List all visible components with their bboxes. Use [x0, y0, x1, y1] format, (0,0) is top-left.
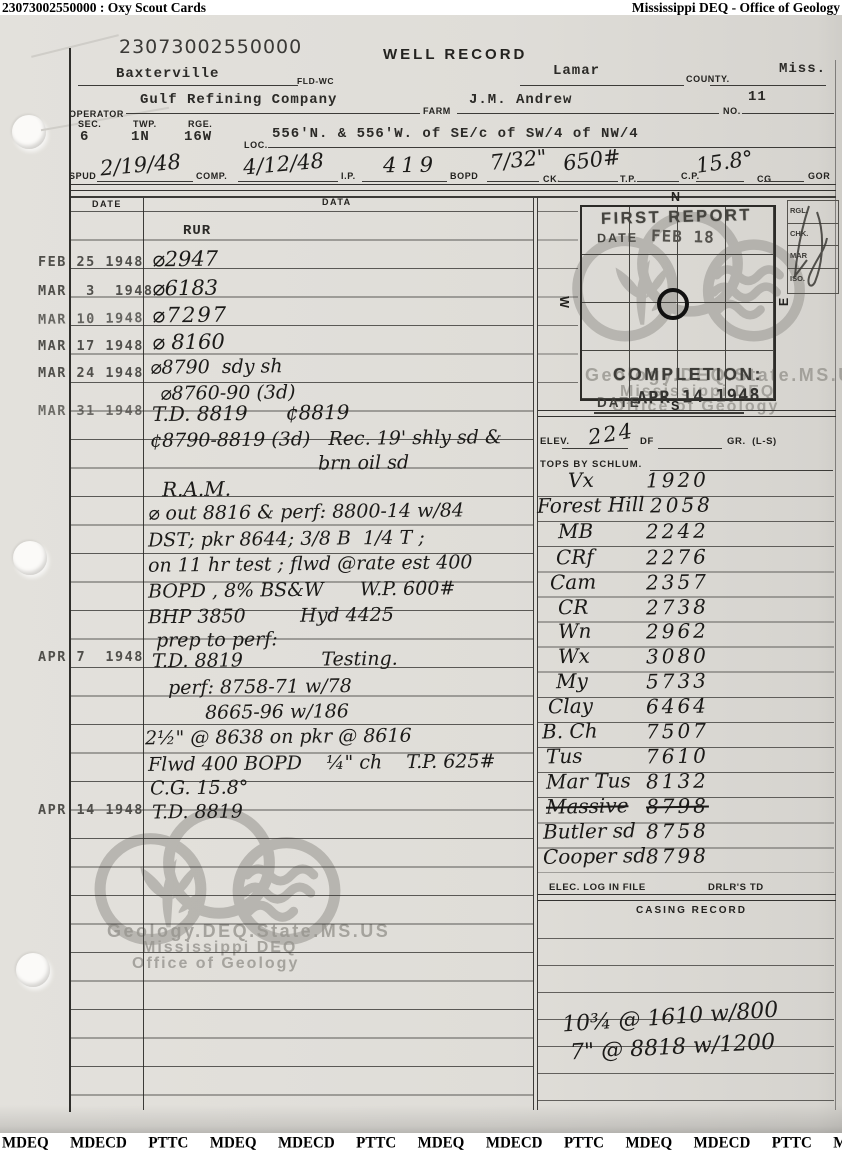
top-name: Vx — [568, 468, 594, 492]
log-date-stamp: MAR 10 1948 — [38, 310, 144, 328]
log-line: BOPD , 8% BS&W W.P. 600# — [148, 577, 456, 602]
top-depth: 2276 — [646, 544, 709, 569]
top-name: Tus — [546, 744, 583, 769]
first-report-date-label: DATE — [597, 231, 638, 246]
top-name: Wn — [558, 619, 592, 644]
compass-north: N — [671, 190, 680, 204]
top-depth: 6464 — [646, 693, 709, 718]
top-depth: 2058 — [650, 492, 713, 517]
viewer-footer: MDEQ MDECD PTTC MDEQ MDECD PTTC MDEQ MDE… — [0, 1133, 842, 1156]
top-name: Forest Hill — [537, 492, 645, 518]
loc-label: LOC. — [244, 140, 268, 150]
operator-underline — [126, 113, 420, 114]
log-line: prep to perf: — [156, 628, 278, 651]
punch-hole — [16, 953, 50, 987]
farm-name: J.M. Andrew — [469, 92, 572, 108]
top-depth: 2738 — [646, 594, 709, 619]
log-date-stamp: MAR 31 1948 — [38, 403, 144, 419]
top-depth: 8132 — [646, 768, 709, 793]
header-double-rule — [69, 184, 836, 191]
log-line: T.D. 8819 ¢8819 — [152, 400, 350, 426]
top-name: Wx — [558, 644, 590, 669]
log-date-stamp: MAR 24 1948 — [38, 365, 144, 381]
log-date-stamp: APR 7 1948 — [38, 649, 144, 665]
first-report-stamp: FIRST REPORT — [601, 206, 752, 229]
log-line: T.D. 8819 Testing. — [152, 648, 398, 673]
viewer-header-right: Mississippi DEQ - Office of Geology — [632, 0, 840, 16]
loc-value: 556'N. & 556'W. of SE/c of SW/4 of NW/4 — [272, 126, 639, 142]
map-margin-ruled-stubs — [538, 211, 578, 411]
fld-wc-label: FLD-WC — [297, 76, 334, 86]
top-depth: 1920 — [646, 467, 709, 492]
spud-label: SPUD — [69, 171, 96, 181]
elec-log-label: ELEC. LOG IN FILE — [549, 882, 646, 893]
well-location-marker — [657, 288, 689, 320]
top-depth: 7610 — [646, 743, 709, 768]
county-name: Lamar — [553, 63, 600, 79]
scanned-well-record-page: 23073002550000 : Oxy Scout Cards Mississ… — [0, 0, 842, 1156]
log-line: ⌀6183 — [152, 276, 218, 301]
top-depth: 8798 — [646, 843, 709, 868]
top-name: Butler sd — [543, 818, 636, 844]
top-depth: 8758 — [646, 818, 709, 843]
viewer-header: 23073002550000 : Oxy Scout Cards Mississ… — [0, 0, 842, 15]
operator-label: OPERATOR — [69, 109, 124, 119]
card-title: WELL RECORD — [383, 46, 527, 63]
log-line: brn oil sd — [318, 452, 409, 475]
table-top-border — [69, 196, 836, 198]
top-depth-struck: 8798 — [646, 793, 709, 818]
punch-hole — [12, 115, 46, 149]
gor-label: GOR — [808, 171, 830, 181]
ip-label: I.P. — [341, 171, 356, 181]
top-name: Mar Tus — [546, 768, 631, 793]
log-line: DST; pkr 8644; 3/8 B 1/4 T ; — [148, 527, 425, 552]
log-line: BHP 3850 Hyd 4425 — [148, 604, 394, 629]
ip-value: 419 — [383, 153, 438, 178]
top-name: My — [556, 669, 588, 694]
top-name: CR — [558, 595, 589, 620]
log-date-stamp: FEB 25 1948 — [38, 254, 144, 270]
top-name: CRf — [556, 545, 594, 570]
top-name: Clay — [548, 694, 593, 719]
well-no-value: 11 — [748, 89, 767, 105]
comp-label: COMP. — [196, 171, 227, 181]
rge-value: 16W — [184, 129, 212, 145]
log-line: ¢8790-8819 (3d) Rec. 19' shly sd & — [150, 426, 502, 452]
operator-name: Gulf Refining Company — [140, 92, 337, 108]
top-name: Cam — [550, 570, 597, 595]
sec-label: SEC. — [78, 119, 101, 129]
log-line: ⌀ 8160 — [152, 330, 225, 355]
comp-underline — [238, 181, 338, 182]
log-line: ⌀ out 8816 & perf: 8800-14 w/84 — [148, 499, 464, 524]
tp-underline — [558, 181, 618, 182]
field-name: Baxterville — [116, 66, 219, 82]
state-name: Miss. — [779, 61, 826, 77]
farm-label: FARM — [423, 106, 451, 116]
data-column-header: DATA — [322, 197, 352, 207]
log-date-stamp: MAR 3 1948 — [38, 283, 154, 299]
completion-stamp: COMPLETION: — [613, 364, 763, 385]
reviewer-signature-scribble — [787, 200, 837, 292]
top-depth: 5733 — [646, 668, 709, 693]
cp-underline — [637, 181, 679, 182]
ck-label: CK. — [543, 174, 560, 184]
top-depth: 2242 — [646, 518, 709, 543]
log-date-stamp: APR 14 1948 — [38, 802, 144, 818]
data-column-divider-a — [533, 196, 534, 1110]
top-name: B. Ch — [542, 719, 598, 744]
rge-label: RGE. — [188, 119, 212, 129]
county-underline — [520, 85, 684, 86]
compass-west: W — [557, 296, 571, 308]
farm-underline — [457, 113, 719, 114]
top-name-struck: Massive — [546, 793, 629, 818]
ip-underline — [362, 181, 447, 182]
county-label: COUNTY. — [686, 74, 730, 84]
log-line: on 11 hr test ; flwd @rate est 400 — [148, 551, 473, 576]
state-underline — [710, 85, 826, 86]
gor-underline — [764, 181, 804, 182]
cg-underline — [696, 181, 744, 182]
log-line: Flwd 400 BOPD ¼" ch T.P. 625# — [148, 750, 496, 776]
top-depth: 2962 — [646, 618, 709, 643]
log-date-stamp: MAR 17 1948 — [38, 338, 144, 354]
drlrs-td-label: DRLR'S TD — [708, 882, 764, 893]
elec-row-double-rule — [538, 894, 836, 901]
log-line: T.D. 8819 — [152, 801, 243, 824]
gr-underline — [658, 448, 722, 449]
api-number: 23073002550000 — [119, 36, 302, 58]
log-line: C.G. 15.8° — [150, 776, 249, 799]
date-column-header: DATE — [92, 199, 122, 209]
rur-note: RUR — [183, 223, 211, 239]
spud-underline — [97, 181, 193, 182]
top-depth: 7507 — [646, 718, 709, 743]
sec-value: 6 — [80, 129, 89, 145]
log-line: perf: 8758-71 w/78 — [168, 675, 352, 699]
top-name: Cooper sd — [543, 843, 646, 869]
viewer-header-left: 23073002550000 : Oxy Scout Cards — [2, 0, 206, 16]
casing-record-header: CASING RECORD — [636, 905, 747, 916]
log-line: ⌀2947 — [152, 247, 218, 272]
field-underline — [78, 85, 298, 86]
viewer-footer-text: MDEQ MDECD PTTC MDEQ MDECD PTTC MDEQ MDE… — [2, 1134, 842, 1152]
cg-label: CG — [757, 174, 772, 184]
log-line: ⌀7297 — [152, 303, 228, 328]
top-name: MB — [558, 519, 594, 544]
first-report-date-stamp: FEB 18 — [651, 226, 715, 247]
elev-label: ELEV. — [540, 436, 570, 447]
ck-underline — [487, 181, 539, 182]
map-section-double-rule — [538, 410, 836, 417]
log-line: R.A.M. — [162, 477, 231, 502]
tp-label: T.P. — [620, 174, 637, 184]
no-underline — [742, 113, 834, 114]
completion-date-stamp: APR 14 1948 — [637, 385, 761, 408]
top-depth: 3080 — [646, 643, 709, 668]
log-line: 2½" @ 8638 on pkr @ 8616 — [145, 725, 412, 750]
log-line: ⌀8790 sdy sh — [150, 355, 283, 378]
compass-east: E — [777, 298, 791, 306]
elev-underline — [562, 448, 628, 449]
punch-hole — [13, 541, 47, 575]
bopd-label: BOPD — [450, 171, 478, 181]
well-no-label: NO. — [723, 106, 741, 116]
twp-value: 1N — [131, 129, 150, 145]
log-line: 8665-96 w/186 — [205, 700, 349, 724]
gr-label: GR. (L-S) — [727, 436, 777, 447]
top-depth: 2357 — [646, 569, 709, 594]
twp-label: TWP. — [133, 119, 157, 129]
completion-date-label: DATE — [597, 395, 641, 410]
df-label: DF — [640, 436, 654, 447]
